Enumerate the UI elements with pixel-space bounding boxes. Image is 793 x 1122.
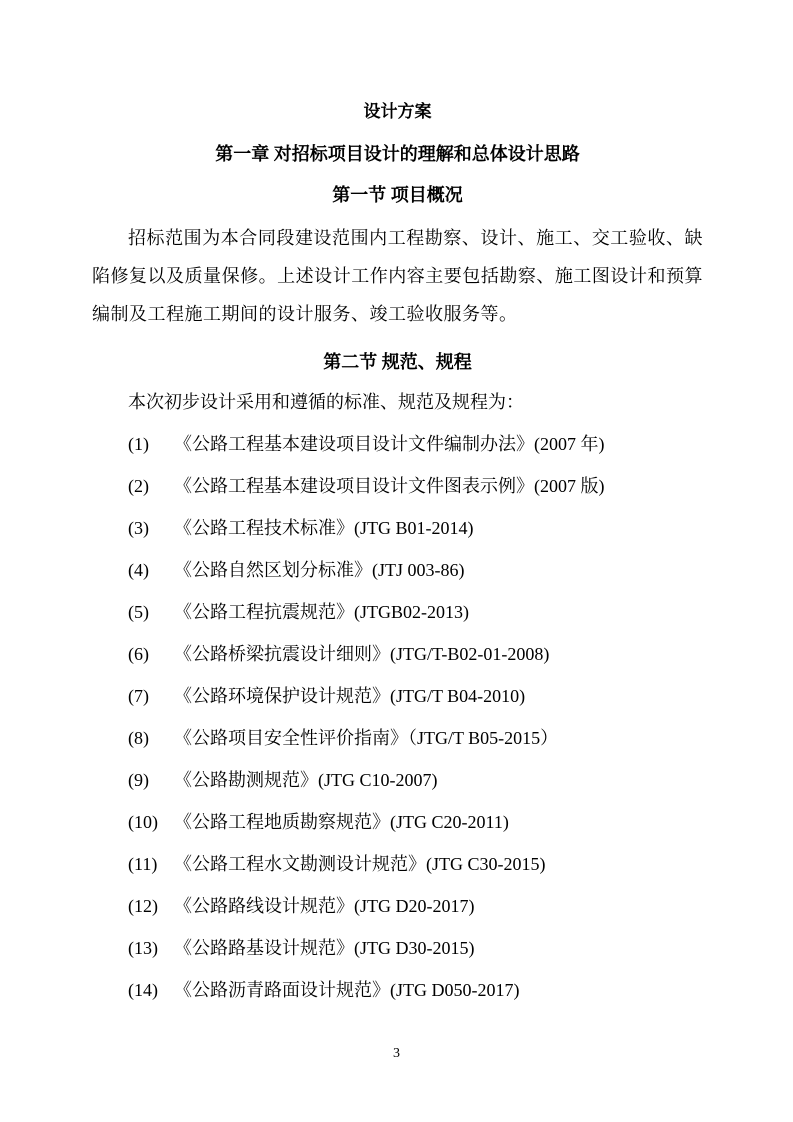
standard-text: 《公路勘测规范》(JTG C10-2007) (174, 770, 438, 790)
standard-item: (4)《公路自然区划分标准》(JTJ 003-86) (128, 549, 703, 591)
standard-text: 《公路工程抗震规范》(JTGB02-2013) (174, 602, 469, 622)
standard-number: (8) (128, 717, 174, 759)
standard-item: (2)《公路工程基本建设项目设计文件图表示例》(2007 版) (128, 465, 703, 507)
standard-item: (10)《公路工程地质勘察规范》(JTG C20-2011) (128, 801, 703, 843)
standard-number: (2) (128, 465, 174, 507)
standard-text: 《公路工程技术标准》(JTG B01-2014) (174, 518, 474, 538)
section-2-heading: 第二节 规范、规程 (92, 348, 703, 376)
standard-text: 《公路工程基本建设项目设计文件图表示例》(2007 版) (174, 476, 605, 496)
standard-item: (6)《公路桥梁抗震设计细则》(JTG/T-B02-01-2008) (128, 633, 703, 675)
page-number: 3 (0, 1044, 793, 1064)
standard-number: (1) (128, 423, 174, 465)
standard-text: 《公路环境保护设计规范》(JTG/T B04-2010) (174, 686, 525, 706)
standard-item: (11)《公路工程水文勘测设计规范》(JTG C30-2015) (128, 843, 703, 885)
standard-text: 《公路自然区划分标准》(JTJ 003-86) (174, 560, 465, 580)
standard-item: (5)《公路工程抗震规范》(JTGB02-2013) (128, 591, 703, 633)
standard-text: 《公路桥梁抗震设计细则》(JTG/T-B02-01-2008) (174, 644, 549, 664)
document-title: 设计方案 (92, 98, 703, 126)
standard-text: 《公路项目安全性评价指南》（JTG/T B05-2015） (174, 728, 558, 748)
standard-number: (12) (128, 885, 174, 927)
standard-item: (8)《公路项目安全性评价指南》（JTG/T B05-2015） (128, 717, 703, 759)
standard-text: 《公路沥青路面设计规范》(JTG D050-2017) (174, 980, 519, 1000)
chapter-heading: 第一章 对招标项目设计的理解和总体设计思路 (92, 140, 703, 168)
standard-number: (5) (128, 591, 174, 633)
standard-number: (7) (128, 675, 174, 717)
standard-item: (3)《公路工程技术标准》(JTG B01-2014) (128, 507, 703, 549)
standard-number: (10) (128, 801, 174, 843)
standards-list: (1)《公路工程基本建设项目设计文件编制办法》(2007 年)(2)《公路工程基… (92, 423, 703, 1011)
standard-number: (9) (128, 759, 174, 801)
standard-number: (4) (128, 549, 174, 591)
standard-item: (1)《公路工程基本建设项目设计文件编制办法》(2007 年) (128, 423, 703, 465)
document-page: 设计方案 第一章 对招标项目设计的理解和总体设计思路 第一节 项目概况 招标范围… (0, 0, 793, 1122)
standard-text: 《公路工程地质勘察规范》(JTG C20-2011) (174, 812, 509, 832)
standard-number: (13) (128, 927, 174, 969)
standard-item: (14)《公路沥青路面设计规范》(JTG D050-2017) (128, 969, 703, 1011)
standard-number: (11) (128, 843, 174, 885)
standard-text: 《公路路基设计规范》(JTG D30-2015) (174, 938, 474, 958)
standard-text: 《公路工程基本建设项目设计文件编制办法》(2007 年) (174, 434, 605, 454)
standard-number: (3) (128, 507, 174, 549)
section-1-heading: 第一节 项目概况 (92, 181, 703, 209)
section-1-paragraph: 招标范围为本合同段建设范围内工程勘察、设计、施工、交工验收、缺陷修复以及质量保修… (92, 219, 703, 333)
standard-item: (7)《公路环境保护设计规范》(JTG/T B04-2010) (128, 675, 703, 717)
standard-item: (9)《公路勘测规范》(JTG C10-2007) (128, 759, 703, 801)
standard-text: 《公路路线设计规范》(JTG D20-2017) (174, 896, 474, 916)
standard-number: (6) (128, 633, 174, 675)
standard-number: (14) (128, 969, 174, 1011)
standard-item: (12)《公路路线设计规范》(JTG D20-2017) (128, 885, 703, 927)
section-2-intro: 本次初步设计采用和遵循的标准、规范及规程为： (92, 383, 703, 421)
standard-text: 《公路工程水文勘测设计规范》(JTG C30-2015) (174, 854, 546, 874)
standard-item: (13)《公路路基设计规范》(JTG D30-2015) (128, 927, 703, 969)
